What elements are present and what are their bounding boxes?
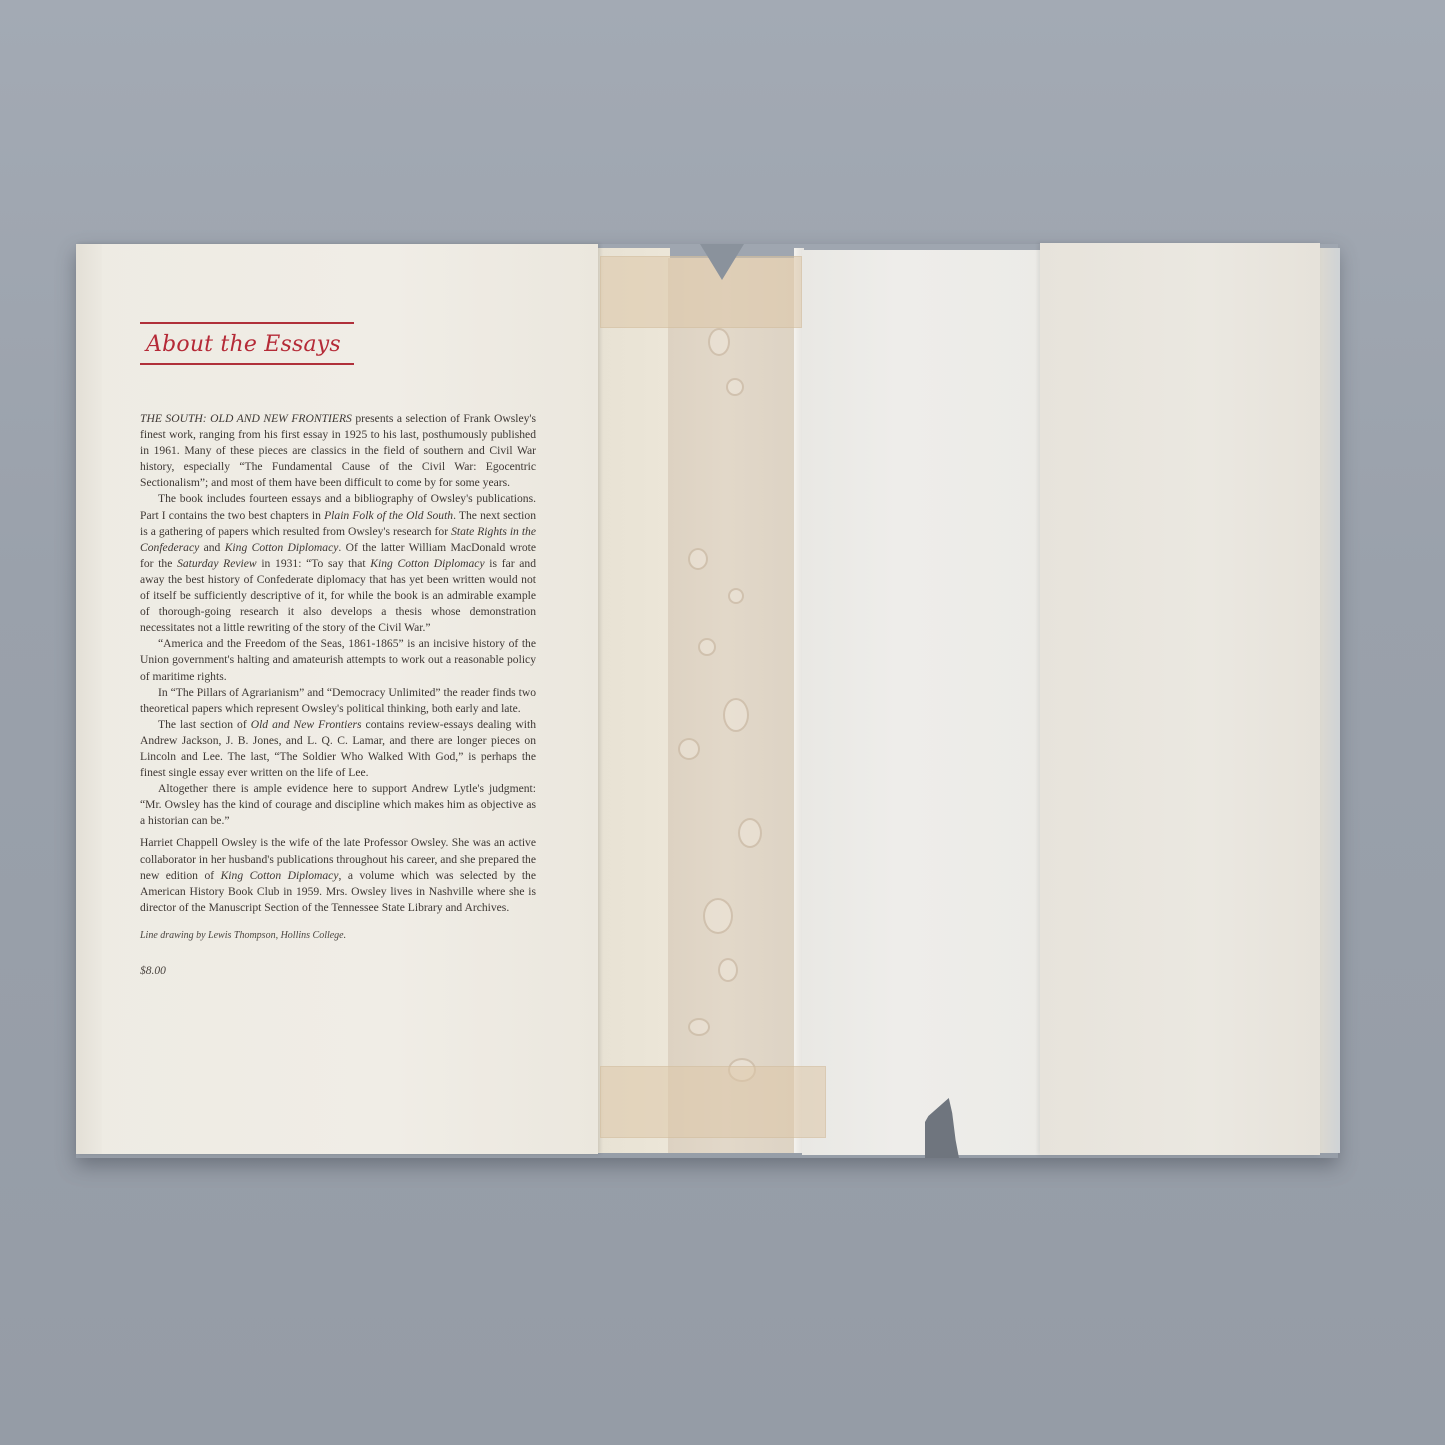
tear-top	[700, 244, 744, 280]
flap-paragraph: In “The Pillars of Agrarianism” and “Dem…	[140, 685, 536, 717]
flap-body: THE SOUTH: OLD AND NEW FRONTIERS present…	[140, 411, 536, 916]
water-stain	[738, 818, 762, 848]
flap-text-block: About the Essays THE SOUTH: OLD AND NEW …	[140, 322, 536, 977]
water-stain	[728, 588, 744, 604]
water-stain	[708, 328, 730, 356]
water-stain	[703, 898, 733, 934]
water-stain	[718, 958, 738, 982]
flap-heading: About the Essays	[146, 332, 536, 357]
inner-front-panel	[802, 250, 1042, 1155]
water-stain	[698, 638, 716, 656]
flap-paragraph: The last section of Old and New Frontier…	[140, 717, 536, 781]
flap-paragraph: The book includes fourteen essays and a …	[140, 491, 536, 636]
front-flap	[1040, 243, 1320, 1155]
water-stain	[678, 738, 700, 760]
flap-paragraph: “America and the Freedom of the Seas, 18…	[140, 636, 536, 684]
illustration-credit: Line drawing by Lewis Thompson, Hollins …	[140, 930, 536, 941]
water-stain	[723, 698, 749, 732]
flap-paragraph: Altogether there is ample evidence here …	[140, 781, 536, 829]
flap-paragraph: THE SOUTH: OLD AND NEW FRONTIERS present…	[140, 411, 536, 491]
heading-rule-bottom	[140, 363, 354, 365]
tape-bottom	[600, 1066, 826, 1138]
flap-fold	[76, 244, 102, 1154]
jacket-right-edge	[1318, 248, 1340, 1153]
water-stain	[688, 548, 708, 570]
editor-bio: Harriet Chappell Owsley is the wife of t…	[140, 835, 536, 915]
spine-inner	[668, 258, 796, 1153]
heading-rule-top	[140, 322, 354, 324]
inner-back-panel-strip	[598, 248, 670, 1153]
price: $8.00	[140, 965, 536, 977]
water-stain	[726, 378, 744, 396]
water-stain	[688, 1018, 710, 1036]
